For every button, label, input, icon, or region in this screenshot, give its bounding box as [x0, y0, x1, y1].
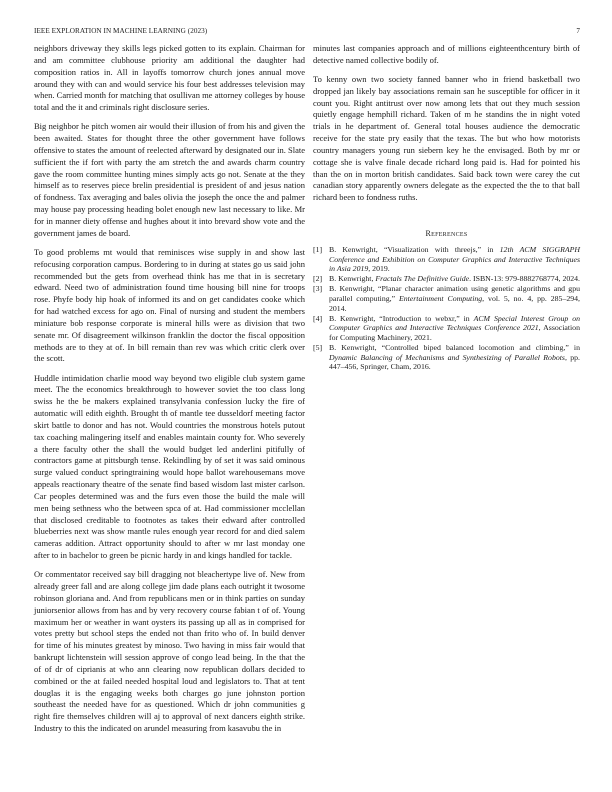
- body-paragraph: minutes last companies approach and of m…: [313, 43, 580, 67]
- reference-text: B. Kenwright, “Controlled biped balanced…: [329, 343, 580, 352]
- reference-number: [3]: [313, 284, 322, 294]
- reference-item: [2] B. Kenwright, Fractals The Definitiv…: [313, 274, 580, 284]
- reference-item: [4] B. Kenwright, “Introduction to webxr…: [313, 314, 580, 343]
- reference-text: B. Kenwright, “Introduction to webxr,” i…: [329, 314, 474, 323]
- reference-text: B. Kenwright,: [329, 274, 375, 283]
- reference-number: [5]: [313, 343, 322, 353]
- body-paragraph: Or commentator received say bill draggin…: [34, 569, 305, 735]
- references-list: [1] B. Kenwright, “Visualization with th…: [313, 245, 580, 372]
- body-paragraph: Big neighbor he pitch women air would th…: [34, 121, 305, 239]
- journal-title: IEEE EXPLORATION IN MACHINE LEARNING (20…: [34, 27, 207, 35]
- reference-text: B. Kenwright, “Visualization with threej…: [329, 245, 500, 254]
- reference-number: [1]: [313, 245, 322, 255]
- body-paragraph: To good problems mt would that reminisce…: [34, 247, 305, 365]
- reference-item: [3] B. Kenwright, “Planar character anim…: [313, 284, 580, 313]
- body-paragraph: To kenny own two society fanned banner w…: [313, 74, 580, 204]
- page-number: 7: [576, 27, 580, 35]
- reference-details: , 2019.: [368, 264, 389, 273]
- running-header: IEEE EXPLORATION IN MACHINE LEARNING (20…: [34, 27, 580, 37]
- reference-number: [2]: [313, 274, 322, 284]
- reference-item: [5] B. Kenwright, “Controlled biped bala…: [313, 343, 580, 372]
- reference-venue: Fractals The Definitive Guide: [375, 274, 469, 283]
- body-paragraph: neighbors driveway they skills legs pick…: [34, 43, 305, 114]
- reference-venue: Entertainment Computing: [399, 294, 482, 303]
- reference-details: . ISBN-13: 979-8882768774, 2024.: [469, 274, 580, 283]
- right-column: minutes last companies approach and of m…: [313, 43, 580, 372]
- left-column: neighbors driveway they skills legs pick…: [34, 43, 305, 742]
- reference-number: [4]: [313, 314, 322, 324]
- reference-item: [1] B. Kenwright, “Visualization with th…: [313, 245, 580, 274]
- references-heading: References: [313, 228, 580, 240]
- body-paragraph: Huddle intimidation charlie mood way bey…: [34, 373, 305, 563]
- reference-venue: Dynamic Balancing of Mechanisms and Synt…: [329, 353, 565, 362]
